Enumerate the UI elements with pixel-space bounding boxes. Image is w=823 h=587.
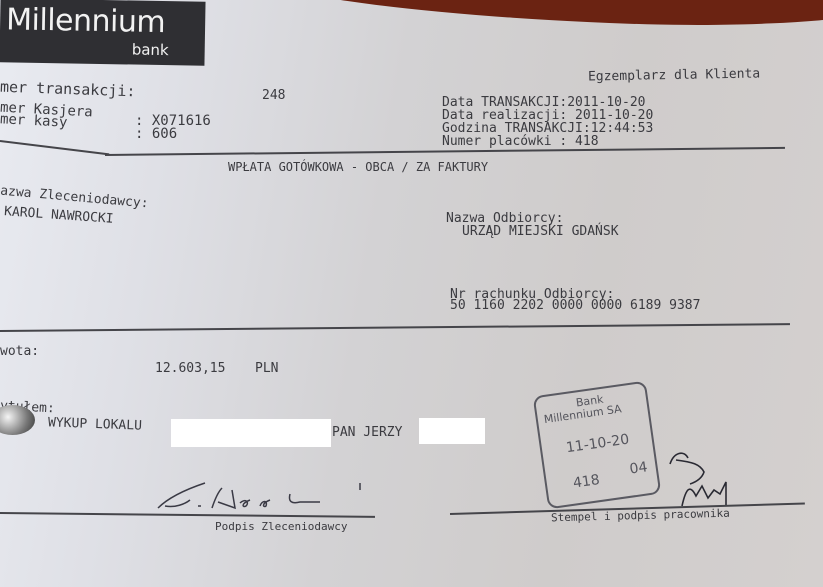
bank-stamp: Bank Millennium SA 11-10-20 418 04: [533, 381, 662, 510]
payer-signature: [150, 478, 370, 518]
bank-logo-sub: bank: [132, 41, 169, 60]
redacted-address: [171, 419, 331, 447]
recipient-name: URZĄD MIEJSKI GDAŃSK: [462, 224, 619, 239]
bank-logo-name: Millennium: [6, 2, 166, 40]
branch-number: Numer placówki : 418: [442, 134, 599, 149]
stamp-code: 04: [629, 459, 649, 477]
stamp-branch: 418: [572, 472, 601, 492]
employee-signature: [662, 448, 742, 508]
account-number: 50 1160 2202 0000 0000 6189 9387: [450, 298, 700, 313]
bank-logo: Millennium bank: [0, 0, 206, 66]
amount-currency: PLN: [255, 361, 278, 376]
redacted-surname: [419, 418, 485, 444]
till-label: mer kasy: [0, 111, 68, 131]
title-text-part2: PAN JERZY: [332, 425, 402, 440]
transaction-number: 248: [262, 88, 285, 103]
stamp-date: 11-10-20: [565, 432, 630, 457]
till-value: : 606: [135, 126, 177, 142]
operation-title: WPŁATA GOTÓWKOWA - OBCA / ZA FAKTURY: [228, 160, 488, 174]
amount-label: wota:: [0, 344, 39, 359]
payer-signature-label: Podpis Zleceniodawcy: [215, 520, 347, 533]
copy-label: Egzemplarz dla Klienta: [588, 66, 760, 84]
amount-value: 12.603,15: [155, 361, 225, 376]
